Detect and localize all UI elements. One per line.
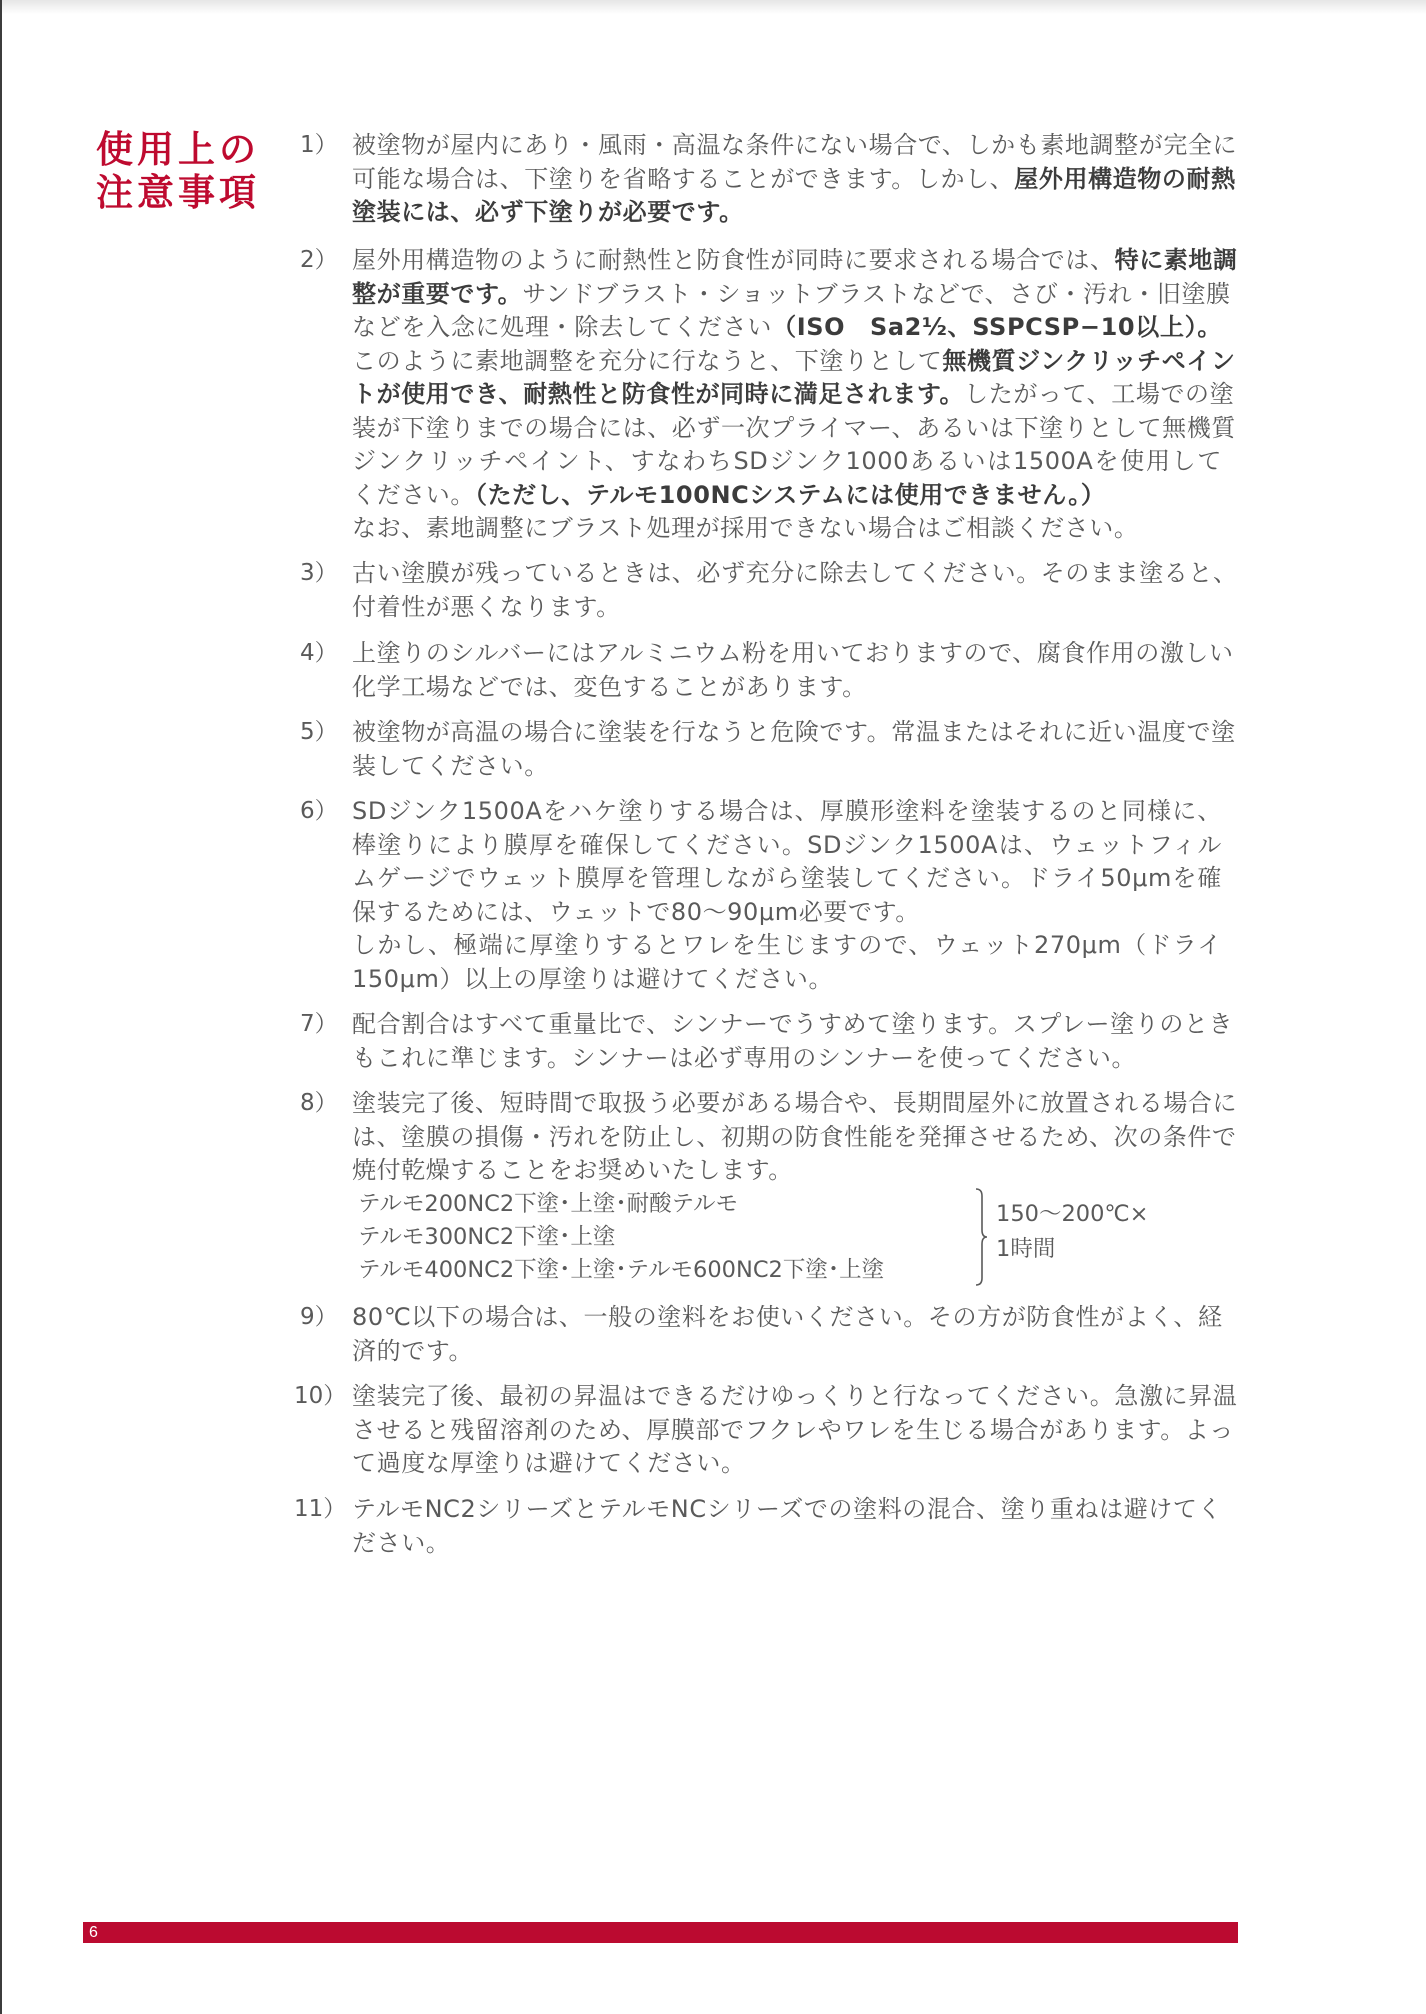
item-number: 11） [294, 1492, 346, 1526]
item-line: 済的です。 [352, 1334, 1222, 1368]
section-heading: 使用上の 注意事項 [96, 128, 286, 214]
page-number: 6 [89, 1922, 98, 1943]
item-line: ムゲージでウェット膜厚を管理しながら塗装してください。ドライ50μmを確 [352, 861, 1222, 895]
heading-line-1: 使用上の [96, 128, 286, 171]
item-line: 塗装完了後、短時間で取扱う必要がある場合や、長期間屋外に放置される場合に [352, 1086, 1222, 1120]
item-line: 古い塗膜が残っているときは、必ず充分に除去してください。そのまま塗ると、 [352, 556, 1222, 590]
bake-condition-temperature: 150〜200℃× [996, 1197, 1149, 1231]
item-number: 2） [300, 243, 352, 277]
item-number: 3） [300, 556, 352, 590]
item-line: 保するためには、ウェットで80〜90μm必要です。 [352, 895, 1222, 929]
item-line: 屋外用構造物のように耐熱性と防食性が同時に要求される場合では、特に素地調 [352, 243, 1222, 277]
item-line: 整が重要です。サンドブラスト・ショットブラストなどで、さび・汚れ・旧塗膜 [352, 277, 1222, 311]
item-number: 5） [300, 715, 352, 749]
item-line: もこれに準じます。シンナーは必ず専用のシンナーを使ってください。 [352, 1041, 1222, 1075]
heading-line-2: 注意事項 [96, 171, 286, 214]
item-line: 装してください。 [352, 749, 1222, 783]
item-line: 棒塗りにより膜厚を確保してください。SDジンク1500Aは、ウェットフィル [352, 828, 1222, 862]
item-number: 6） [300, 794, 352, 828]
item-line: 被塗物が高温の場合に塗装を行なうと危険です。常温またはそれに近い温度で塗 [352, 715, 1222, 749]
item-number: 1） [300, 128, 352, 162]
item-line: 配合割合はすべて重量比で、シンナーでうすめて塗ります。スプレー塗りのとき [352, 1007, 1222, 1041]
item-line: 化学工場などでは、変色することがあります。 [352, 670, 1222, 704]
item-line: て過度な厚塗りは避けてください。 [352, 1446, 1222, 1480]
item-line: なお、素地調整にブラスト処理が採用できない場合はご相談ください。 [352, 511, 1222, 545]
item-line: 可能な場合は、下塗りを省略することができます。しかし、屋外用構造物の耐熱 [352, 162, 1222, 196]
item-line: ください。（ただし、テルモ100NCシステムには使用できません。） [352, 478, 1222, 512]
item-number: 9） [300, 1300, 352, 1334]
page-top-shadow [2, 0, 1426, 14]
item-line: 付着性が悪くなります。 [352, 590, 1222, 624]
item-line: 150μm）以上の厚塗りは避けてください。 [352, 962, 1222, 996]
item-line: 塗装には、必ず下塗りが必要です。 [352, 195, 1222, 229]
item-line: 塗装完了後、最初の昇温はできるだけゆっくりと行なってください。急激に昇温 [352, 1379, 1222, 1413]
item-line: は、塗膜の損傷・汚れを防止し、初期の防食性能を発揮させるため、次の条件で [352, 1120, 1222, 1154]
item-line: SDジンク1500Aをハケ塗りする場合は、厚膜形塗料を塗装するのと同様に、 [352, 794, 1222, 828]
item-line: させると残留溶剤のため、厚膜部でフクレやワレを生じる場合があります。よっ [352, 1413, 1222, 1447]
right-brace-icon [974, 1188, 988, 1286]
item-line: このように素地調整を充分に行なうと、下塗りとして無機質ジンクリッチペイン [352, 344, 1222, 378]
item-number: 8） [300, 1086, 352, 1120]
item-line: テルモNC2シリーズとテルモNCシリーズでの塗料の混合、塗り重ねは避けてく [352, 1492, 1222, 1526]
item-number: 10） [294, 1379, 346, 1413]
item-line: トが使用でき、耐熱性と防食性が同時に満足されます。したがって、工場での塗 [352, 377, 1222, 411]
page-left-border [0, 0, 2, 2014]
bake-product-line: テルモ400NC2下塗･上塗･テルモ600NC2下塗･上塗 [358, 1253, 1228, 1287]
footer-bar: 6 [83, 1922, 1238, 1943]
item-line: などを入念に処理・除去してください（ISO Sa2½、SSPCSP−10以上）。 [352, 310, 1222, 344]
item-line: ジンクリッチペイント、すなわちSDジンク1000あるいは1500Aを使用して [352, 444, 1222, 478]
item-line: 上塗りのシルバーにはアルミニウム粉を用いておりますので、腐食作用の激しい [352, 636, 1222, 670]
item-line: 装が下塗りまでの場合には、必ず一次プライマー、あるいは下塗りとして無機質 [352, 411, 1222, 445]
item-line: 80℃以下の場合は、一般の塗料をお使いください。その方が防食性がよく、経 [352, 1300, 1222, 1334]
bake-condition-duration: 1時間 [996, 1232, 1055, 1266]
item-number: 7） [300, 1007, 352, 1041]
item-line: しかし、極端に厚塗りするとワレを生じますので、ウェット270μm（ドライ [352, 928, 1222, 962]
item-number: 4） [300, 636, 352, 670]
item-line: ださい。 [352, 1526, 1222, 1560]
item-line: 焼付乾燥することをお奨めいたします。 [352, 1153, 1222, 1187]
item-line: 被塗物が屋内にあり・風雨・高温な条件にない場合で、しかも素地調整が完全に [352, 128, 1222, 162]
